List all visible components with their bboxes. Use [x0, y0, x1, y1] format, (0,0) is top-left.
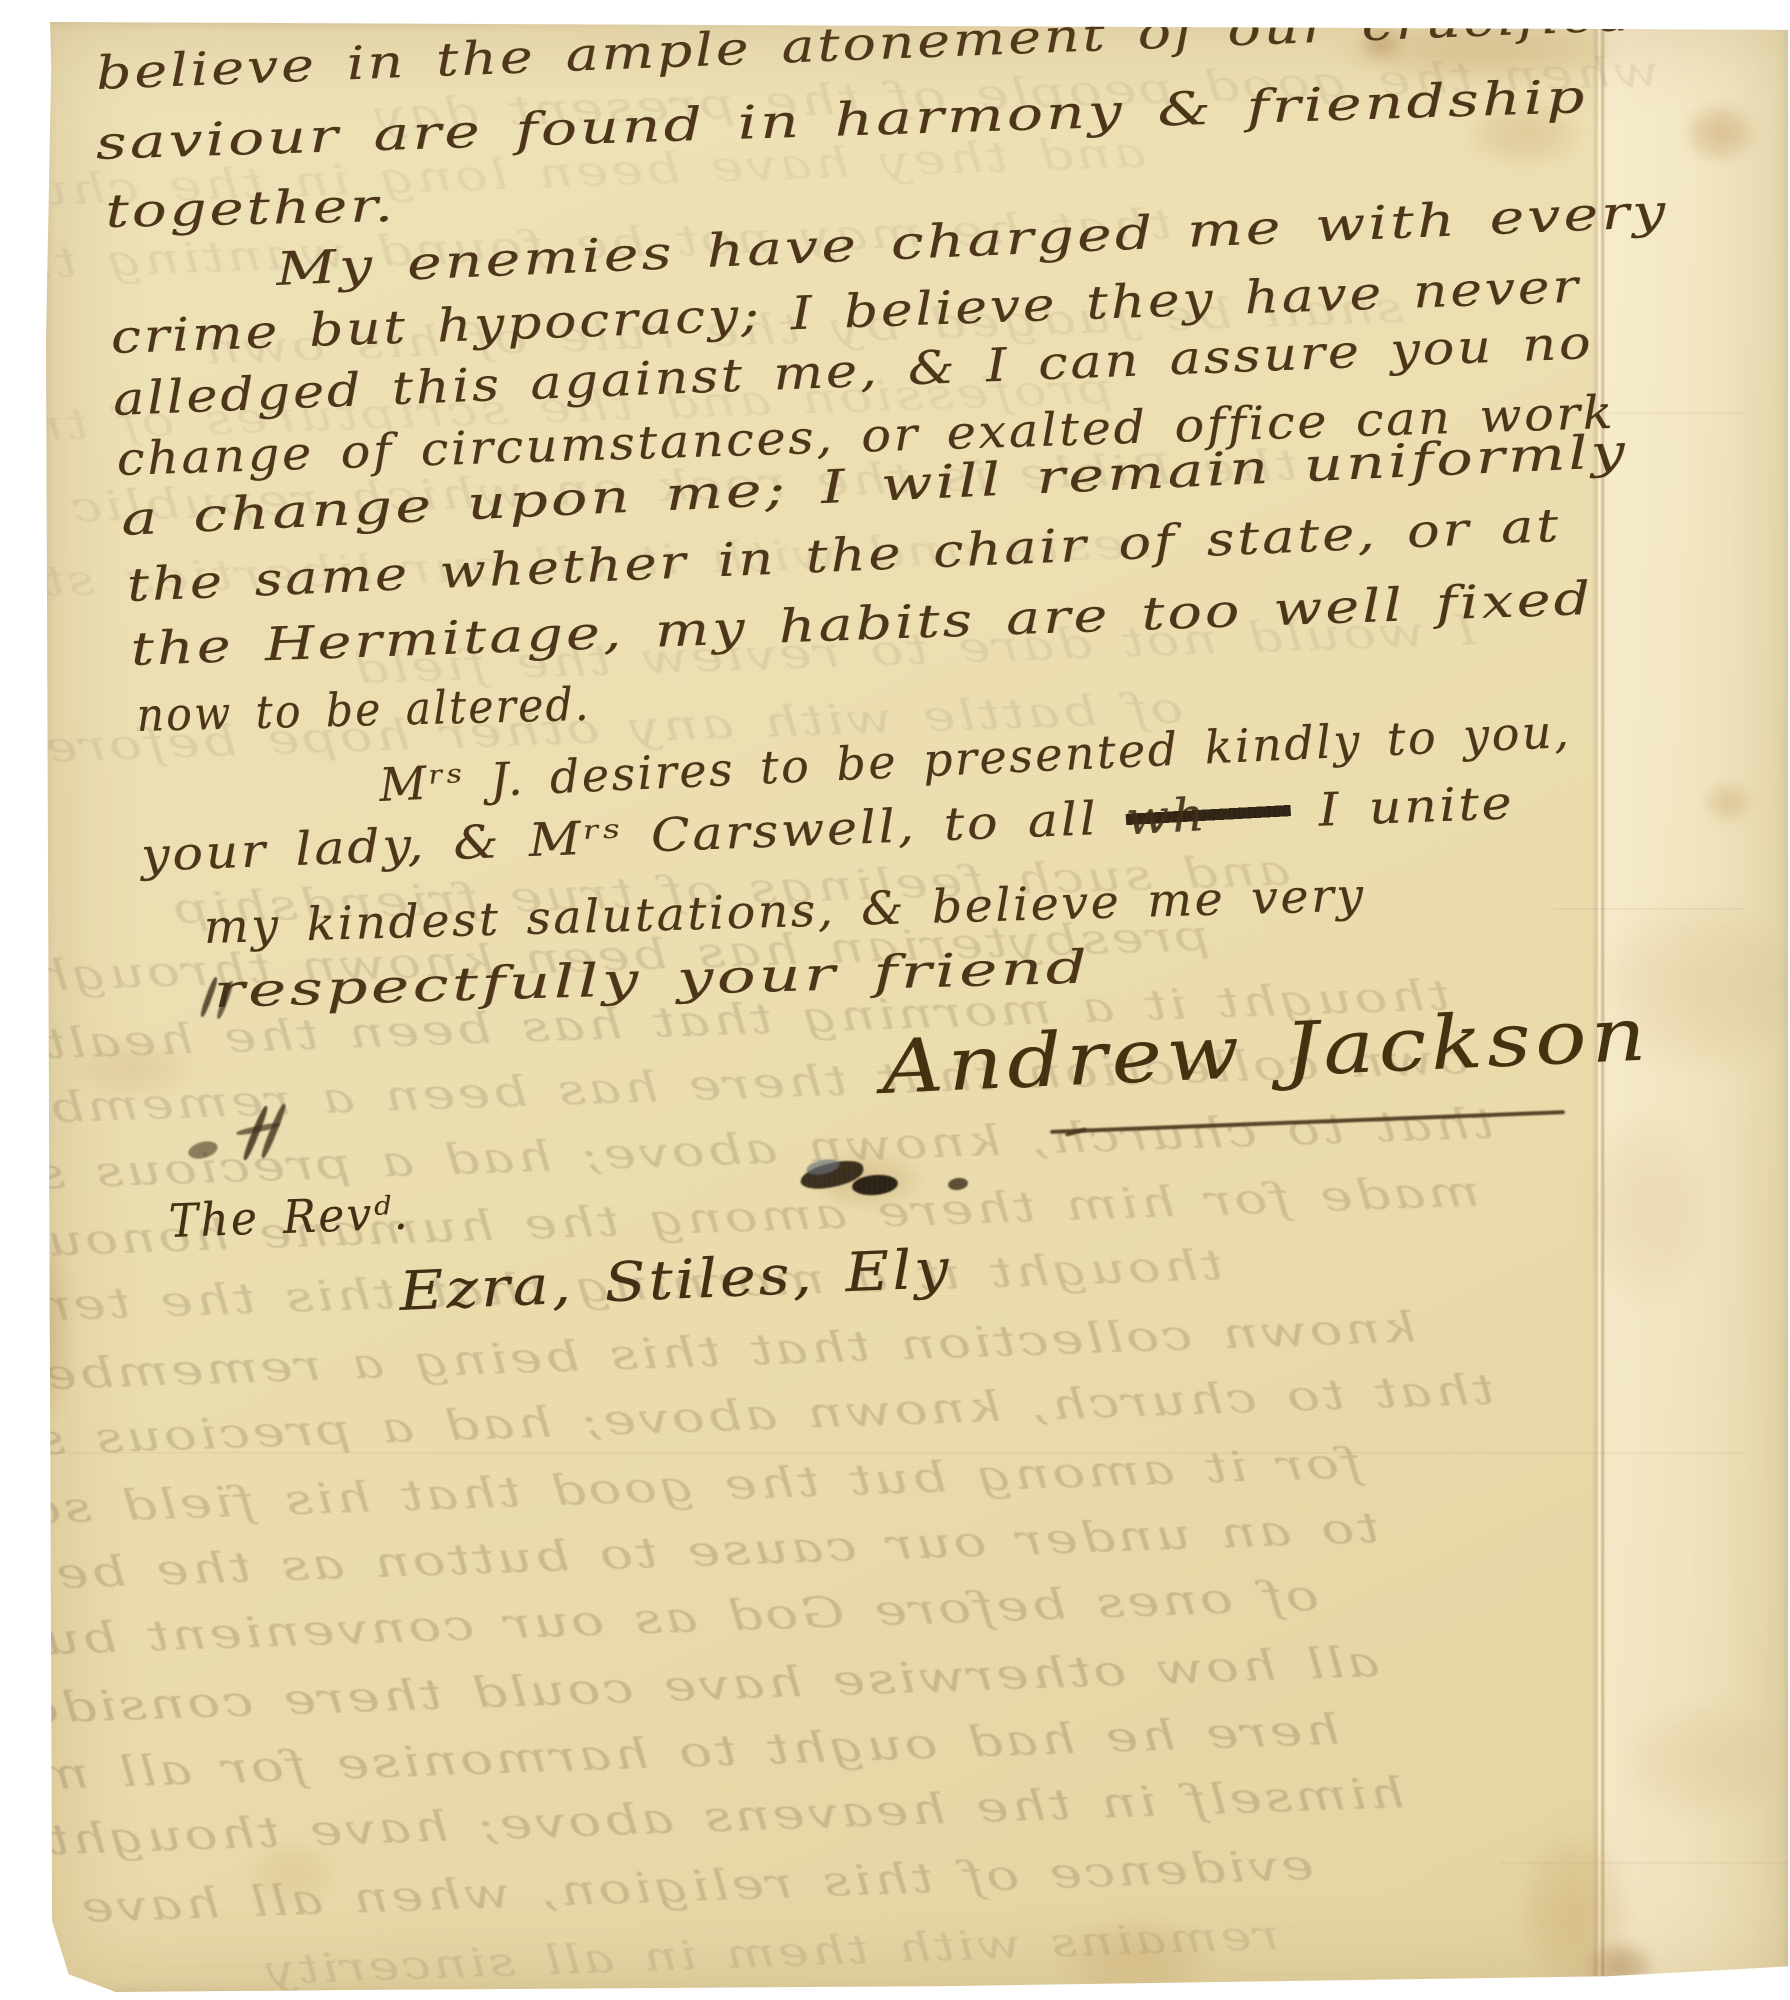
- letter-line-text: together.: [105, 178, 396, 238]
- bleedthrough-line-text: remains with them in all sincerity: [263, 1913, 1280, 1992]
- photo-stage: when the good people of the present daya…: [0, 0, 1790, 2000]
- letter-line: together.: [105, 180, 396, 237]
- bleedthrough-line: evidence of this religion, when all have…: [110, 1845, 1158, 1930]
- address-line-text: The Revᵈ.: [168, 1186, 411, 1248]
- letter-line-text-after: I unite: [1290, 775, 1515, 838]
- horizontal-fold-crease: [1500, 1862, 1788, 1865]
- struck-out-word: wh: [1125, 785, 1293, 844]
- bleedthrough-line: remains with them in all sincerity: [380, 1917, 1162, 1990]
- horizontal-fold-crease: [1554, 908, 1744, 911]
- letter-line-text: now to be altered.: [136, 677, 591, 742]
- address-line: Ezra, Stiles, Ely: [398, 1239, 952, 1321]
- address-line: The Revᵈ.: [168, 1188, 410, 1247]
- letter-line: now to be altered.: [136, 679, 591, 741]
- letter-sheet: when the good people of the present daya…: [46, 22, 1788, 1992]
